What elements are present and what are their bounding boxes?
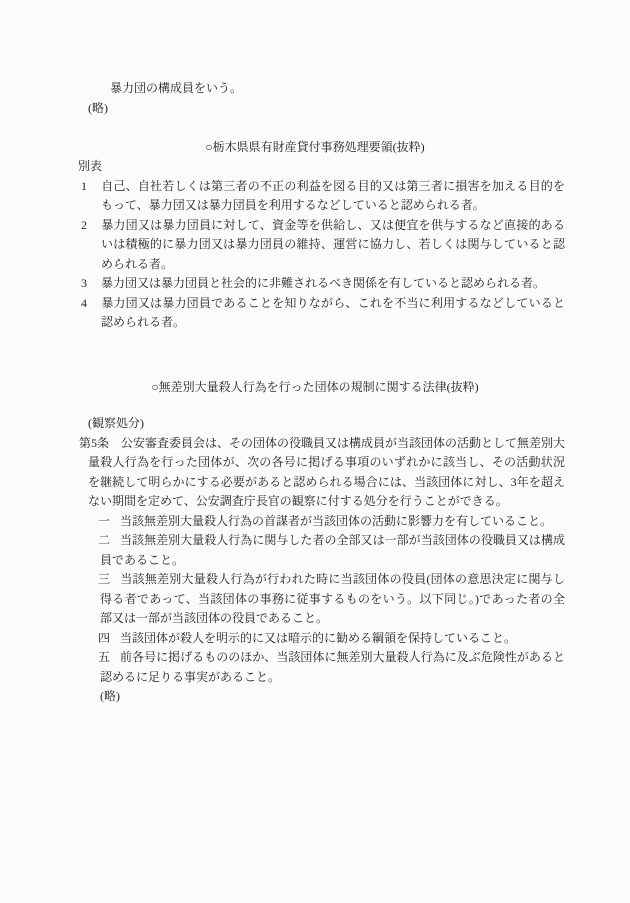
- doc1-item-3: 3暴力団又は暴力団員と社会的に非難されるべき関係を有していると認められる者。: [101, 274, 565, 294]
- doc2-title: ○無差別大量殺人行為を行った団体の規制に関する法律(抜粋): [0, 378, 630, 398]
- item-text: 暴力団又は暴力団員であることを知りながら、これを不当に利用するなどしていると認め…: [101, 296, 565, 330]
- doc2-item-5: 五前各号に掲げるもののほか、当該団体に無差別大量殺人行為に及ぶ危険性があると認め…: [100, 648, 565, 687]
- doc2-item-1: 一当該無差別大量殺人行為の首謀者が当該団体の活動に影響力を有していること。: [100, 512, 565, 532]
- item-text: 当該無差別大量殺人行為が行われた時に当該団体の役員(団体の意思決定に関与し得る者…: [100, 572, 565, 625]
- item-number: 2: [81, 216, 101, 236]
- doc2-item-4: 四当該団体が殺人を明示的に又は暗示的に勧める綱領を保持していること。: [100, 629, 565, 649]
- doc2-section-label: (観察処分): [88, 414, 630, 434]
- item-text: 当該団体が殺人を明示的に又は暗示的に勧める綱領を保持していること。: [120, 631, 516, 645]
- doc2-item-list: 一当該無差別大量殺人行為の首謀者が当該団体の活動に影響力を有していること。 二当…: [0, 512, 630, 688]
- fragment-ryaku: (略): [88, 99, 630, 119]
- item-number: 三: [98, 570, 120, 590]
- doc1-item-1: 1自己、自社若しくは第三者の不正の利益を図る目的又は第三者に損害を加える目的をも…: [101, 177, 565, 216]
- item-number: 一: [98, 512, 120, 532]
- item-number: 3: [81, 274, 101, 294]
- doc2-item-3: 三当該無差別大量殺人行為が行われた時に当該団体の役員(団体の意思決定に関与し得る…: [100, 570, 565, 629]
- item-number: 1: [81, 177, 101, 197]
- doc1-item-2: 2暴力団又は暴力団員に対して、資金等を供給し、又は便宜を供与するなど直接的あるい…: [101, 216, 565, 275]
- doc1-item-4: 4暴力団又は暴力団員であることを知りながら、これを不当に利用するなどしていると認…: [101, 294, 565, 333]
- item-number: 二: [98, 531, 120, 551]
- item-number: 4: [81, 294, 101, 314]
- fragment-line: 暴力団の構成員をいう。: [110, 79, 630, 99]
- article-number: 第5条: [79, 434, 121, 454]
- doc1-item-list: 1自己、自社若しくは第三者の不正の利益を図る目的又は第三者に損害を加える目的をも…: [0, 177, 630, 333]
- document-page: 暴力団の構成員をいう。 (略) ○栃木県県有財産貸付事務処理要領(抜粋) 別表 …: [0, 0, 630, 903]
- item-text: 当該無差別大量殺人行為に関与した者の全部又は一部が当該団体の役職員又は構成員であ…: [100, 533, 565, 567]
- doc2-item-2: 二当該無差別大量殺人行為に関与した者の全部又は一部が当該団体の役職員又は構成員で…: [100, 531, 565, 570]
- item-text: 暴力団又は暴力団員と社会的に非難されるべき関係を有していると認められる者。: [101, 276, 545, 290]
- doc1-table-label: 別表: [78, 157, 630, 177]
- article-text: 公安審査委員会は、その団体の役職員又は構成員が当該団体の活動として無差別大量殺人…: [88, 436, 565, 509]
- item-number: 四: [98, 629, 120, 649]
- doc2-ryaku: (略): [100, 687, 630, 707]
- item-number: 五: [98, 648, 120, 668]
- document-body: 暴力団の構成員をいう。 (略) ○栃木県県有財産貸付事務処理要領(抜粋) 別表 …: [0, 0, 630, 707]
- article-5-paragraph: 第5条公安審査委員会は、その団体の役職員又は構成員が当該団体の活動として無差別大…: [88, 434, 565, 512]
- item-text: 自己、自社若しくは第三者の不正の利益を図る目的又は第三者に損害を加える目的をもっ…: [101, 179, 565, 213]
- doc1-title: ○栃木県県有財産貸付事務処理要領(抜粋): [0, 138, 630, 158]
- item-text: 当該無差別大量殺人行為の首謀者が当該団体の活動に影響力を有していること。: [120, 514, 552, 528]
- item-text: 前各号に掲げるもののほか、当該団体に無差別大量殺人行為に及ぶ危険性があると認める…: [100, 650, 565, 684]
- item-text: 暴力団又は暴力団員に対して、資金等を供給し、又は便宜を供与するなど直接的あるいは…: [101, 218, 565, 271]
